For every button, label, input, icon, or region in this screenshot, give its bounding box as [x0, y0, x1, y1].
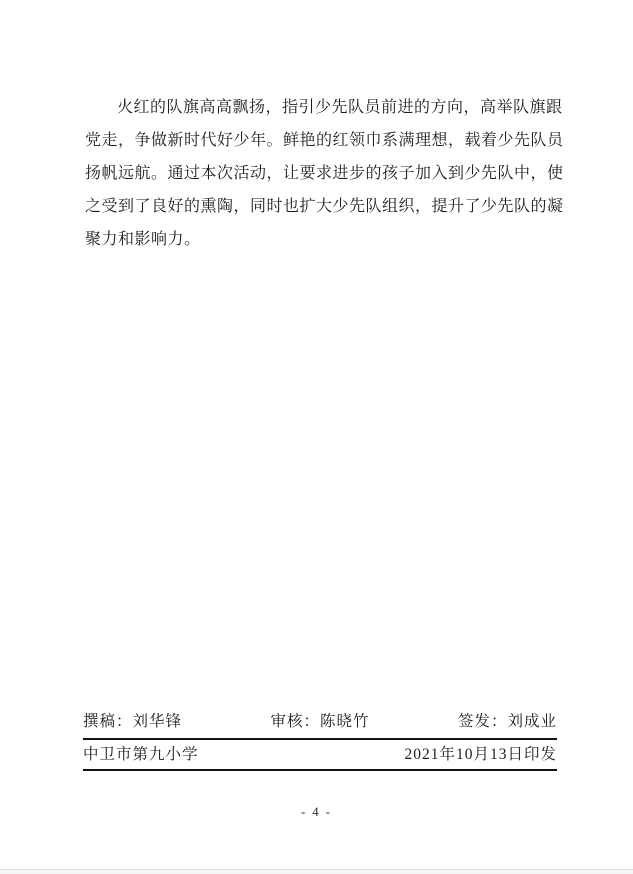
- colophon-rule-bottom: [83, 769, 557, 771]
- paragraph-line: 党走，争做新时代好少年。鲜艳的红领巾系满理想，载着少先队员: [85, 124, 551, 157]
- colophon-org-row: 中卫市第九小学 2021年10月13日印发: [83, 740, 557, 769]
- issuer-credit: 签发：刘成业: [458, 711, 557, 733]
- issuing-organization: 中卫市第九小学: [83, 746, 199, 764]
- drafter-credit: 撰稿：刘华锋: [83, 711, 182, 733]
- body-paragraph: 火红的队旗高高飘扬，指引少先队员前进的方向，高举队旗跟党走，争做新时代好少年。鲜…: [85, 91, 551, 256]
- document-page: 火红的队旗高高飘扬，指引少先队员前进的方向，高举队旗跟党走，争做新时代好少年。鲜…: [0, 0, 633, 874]
- print-date: 2021年10月13日印发: [404, 746, 557, 764]
- paragraph-line: 之受到了良好的熏陶，同时也扩大少先队组织，提升了少先队的凝: [85, 190, 551, 223]
- paragraph-line: 扬帆远航。通过本次活动，让要求进步的孩子加入到少先队中，使: [85, 157, 551, 190]
- page-bottom-edge: [0, 869, 633, 874]
- paragraph-line: 火红的队旗高高飘扬，指引少先队员前进的方向，高举队旗跟: [85, 91, 551, 124]
- colophon: 撰稿：刘华锋 审核：陈晓竹 签发：刘成业 中卫市第九小学 2021年10月13日…: [83, 711, 557, 771]
- colophon-signers-row: 撰稿：刘华锋 审核：陈晓竹 签发：刘成业: [83, 711, 557, 738]
- page-number: - 4 -: [0, 805, 633, 820]
- paragraph-line: 聚力和影响力。: [85, 223, 551, 256]
- reviewer-credit: 审核：陈晓竹: [270, 711, 369, 733]
